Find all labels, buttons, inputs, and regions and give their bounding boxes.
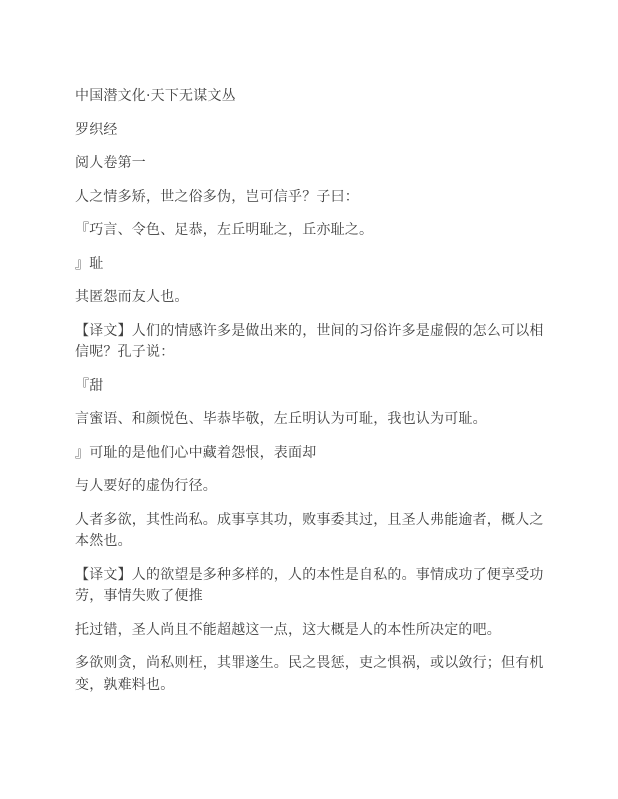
document-body: 中国潜文化·天下无谋文丛 罗织经 阅人卷第一 人之情多矫，世之俗多伪，岂可信乎？… (75, 86, 548, 696)
paragraph: 『巧言、令色、足恭，左丘明耻之，丘亦耻之。 (75, 220, 548, 242)
paragraph: 托过错，圣人尚且不能超越这一点，这大概是人的本性所决定的吧。 (75, 620, 548, 642)
document-page: 中国潜文化·天下无谋文丛 罗织经 阅人卷第一 人之情多矫，世之俗多伪，岂可信乎？… (0, 0, 618, 799)
series-title: 中国潜文化·天下无谋文丛 (75, 86, 548, 108)
paragraph: 『甜 (75, 376, 548, 398)
chapter-title: 阅人卷第一 (75, 153, 548, 175)
paragraph: 其匿怨而友人也。 (75, 287, 548, 309)
paragraph: 与人要好的虚伪行径。 (75, 476, 548, 498)
paragraph: 【译文】人的欲望是多种多样的，人的本性是自私的。事情成功了便享受功劳，事情失败了… (75, 565, 548, 608)
paragraph: 』耻 (75, 254, 548, 276)
paragraph: 人之情多矫，世之俗多伪，岂可信乎？子曰： (75, 187, 548, 209)
paragraph: 』可耻的是他们心中藏着怨恨，表面却 (75, 443, 548, 465)
paragraph: 人者多欲，其性尚私。成事享其功，败事委其过，且圣人弗能逾者，概人之本然也。 (75, 510, 548, 553)
paragraph: 【译文】人们的情感许多是做出来的，世间的习俗许多是虚假的怎么可以相信呢？孔子说： (75, 321, 548, 364)
book-title: 罗织经 (75, 120, 548, 142)
paragraph: 言蜜语、和颜悦色、毕恭毕敬，左丘明认为可耻，我也认为可耻。 (75, 409, 548, 431)
paragraph: 多欲则贪，尚私则枉，其罪遂生。民之畏惩，吏之惧祸，或以敛行；但有机变，孰难料也。 (75, 653, 548, 696)
